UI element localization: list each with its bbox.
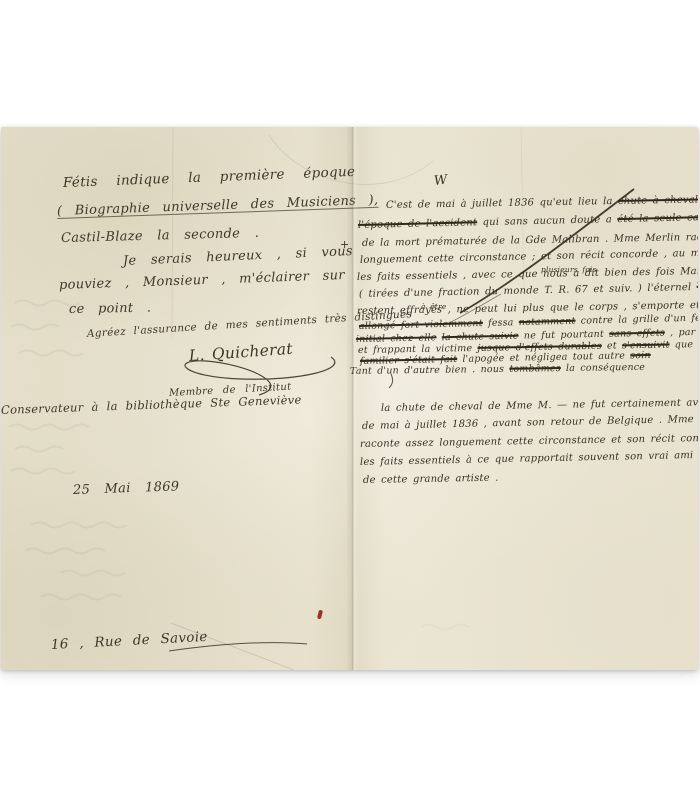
letter-body-line: ce point . <box>69 302 151 316</box>
draft-line: de la mort prématurée de la Gde Malibran… <box>362 233 698 249</box>
draft-line: longuement cette circonstance ; et son r… <box>360 248 698 266</box>
clean-paragraph-line: la chute de cheval de Mme M. — ne fut ce… <box>381 398 698 414</box>
manuscript-paper: Fétis indique la première époque ( Biogr… <box>1 127 698 670</box>
draft-line: les faits essentiels , avec ce que nous … <box>357 265 698 283</box>
red-ink-mark <box>317 610 323 620</box>
draft-line: ( tirées d'une fraction du monde T. R. 6… <box>359 282 698 300</box>
institution-line: Conservateur à la bibliothèque Ste Genev… <box>1 395 302 417</box>
letter-body-line: Fétis indique la première époque <box>63 166 356 191</box>
letter-body-line: pouviez , Monsieur , m'éclairer sur <box>59 269 345 292</box>
interlinear-correction: plusieurs fois <box>541 266 597 274</box>
manuscript-photo: { "document": { "type": "handwritten aut… <box>0 0 700 800</box>
signature: L. Quicherat <box>188 342 293 365</box>
clean-paragraph-line: de mai à juillet 1836 , avant son retour… <box>362 413 698 432</box>
margin-plus-mark: + <box>340 239 349 250</box>
draft-line: Tant d'un d'autre bien . nous tombâmes l… <box>350 363 645 377</box>
letter-body-line: Je serais heureux , si vous <box>123 245 353 268</box>
clean-paragraph-line: les faits essentiels à ce que rapportait… <box>360 449 698 468</box>
clean-paragraph-line: raconte assez longuement cette circonsta… <box>360 432 698 450</box>
date-line: 25 Mai 1869 <box>73 480 180 497</box>
letter-body-line: Castil-Blaze la seconde . <box>61 227 259 245</box>
draft-line: C'est de mai à juillet 1836 qu'eut lieu … <box>386 196 698 211</box>
clean-paragraph-line: de cette grande artiste . <box>363 474 499 486</box>
interlinear-correction: à être <box>421 303 447 311</box>
address-line: 16 , Rue de Savoie <box>51 631 208 653</box>
underlined-title-line: ( Biographie universelle des Musiciens )… <box>57 194 379 218</box>
draft-line: l'époque de l'accident qui sans aucun do… <box>358 213 698 231</box>
page-mark: W <box>433 174 448 188</box>
